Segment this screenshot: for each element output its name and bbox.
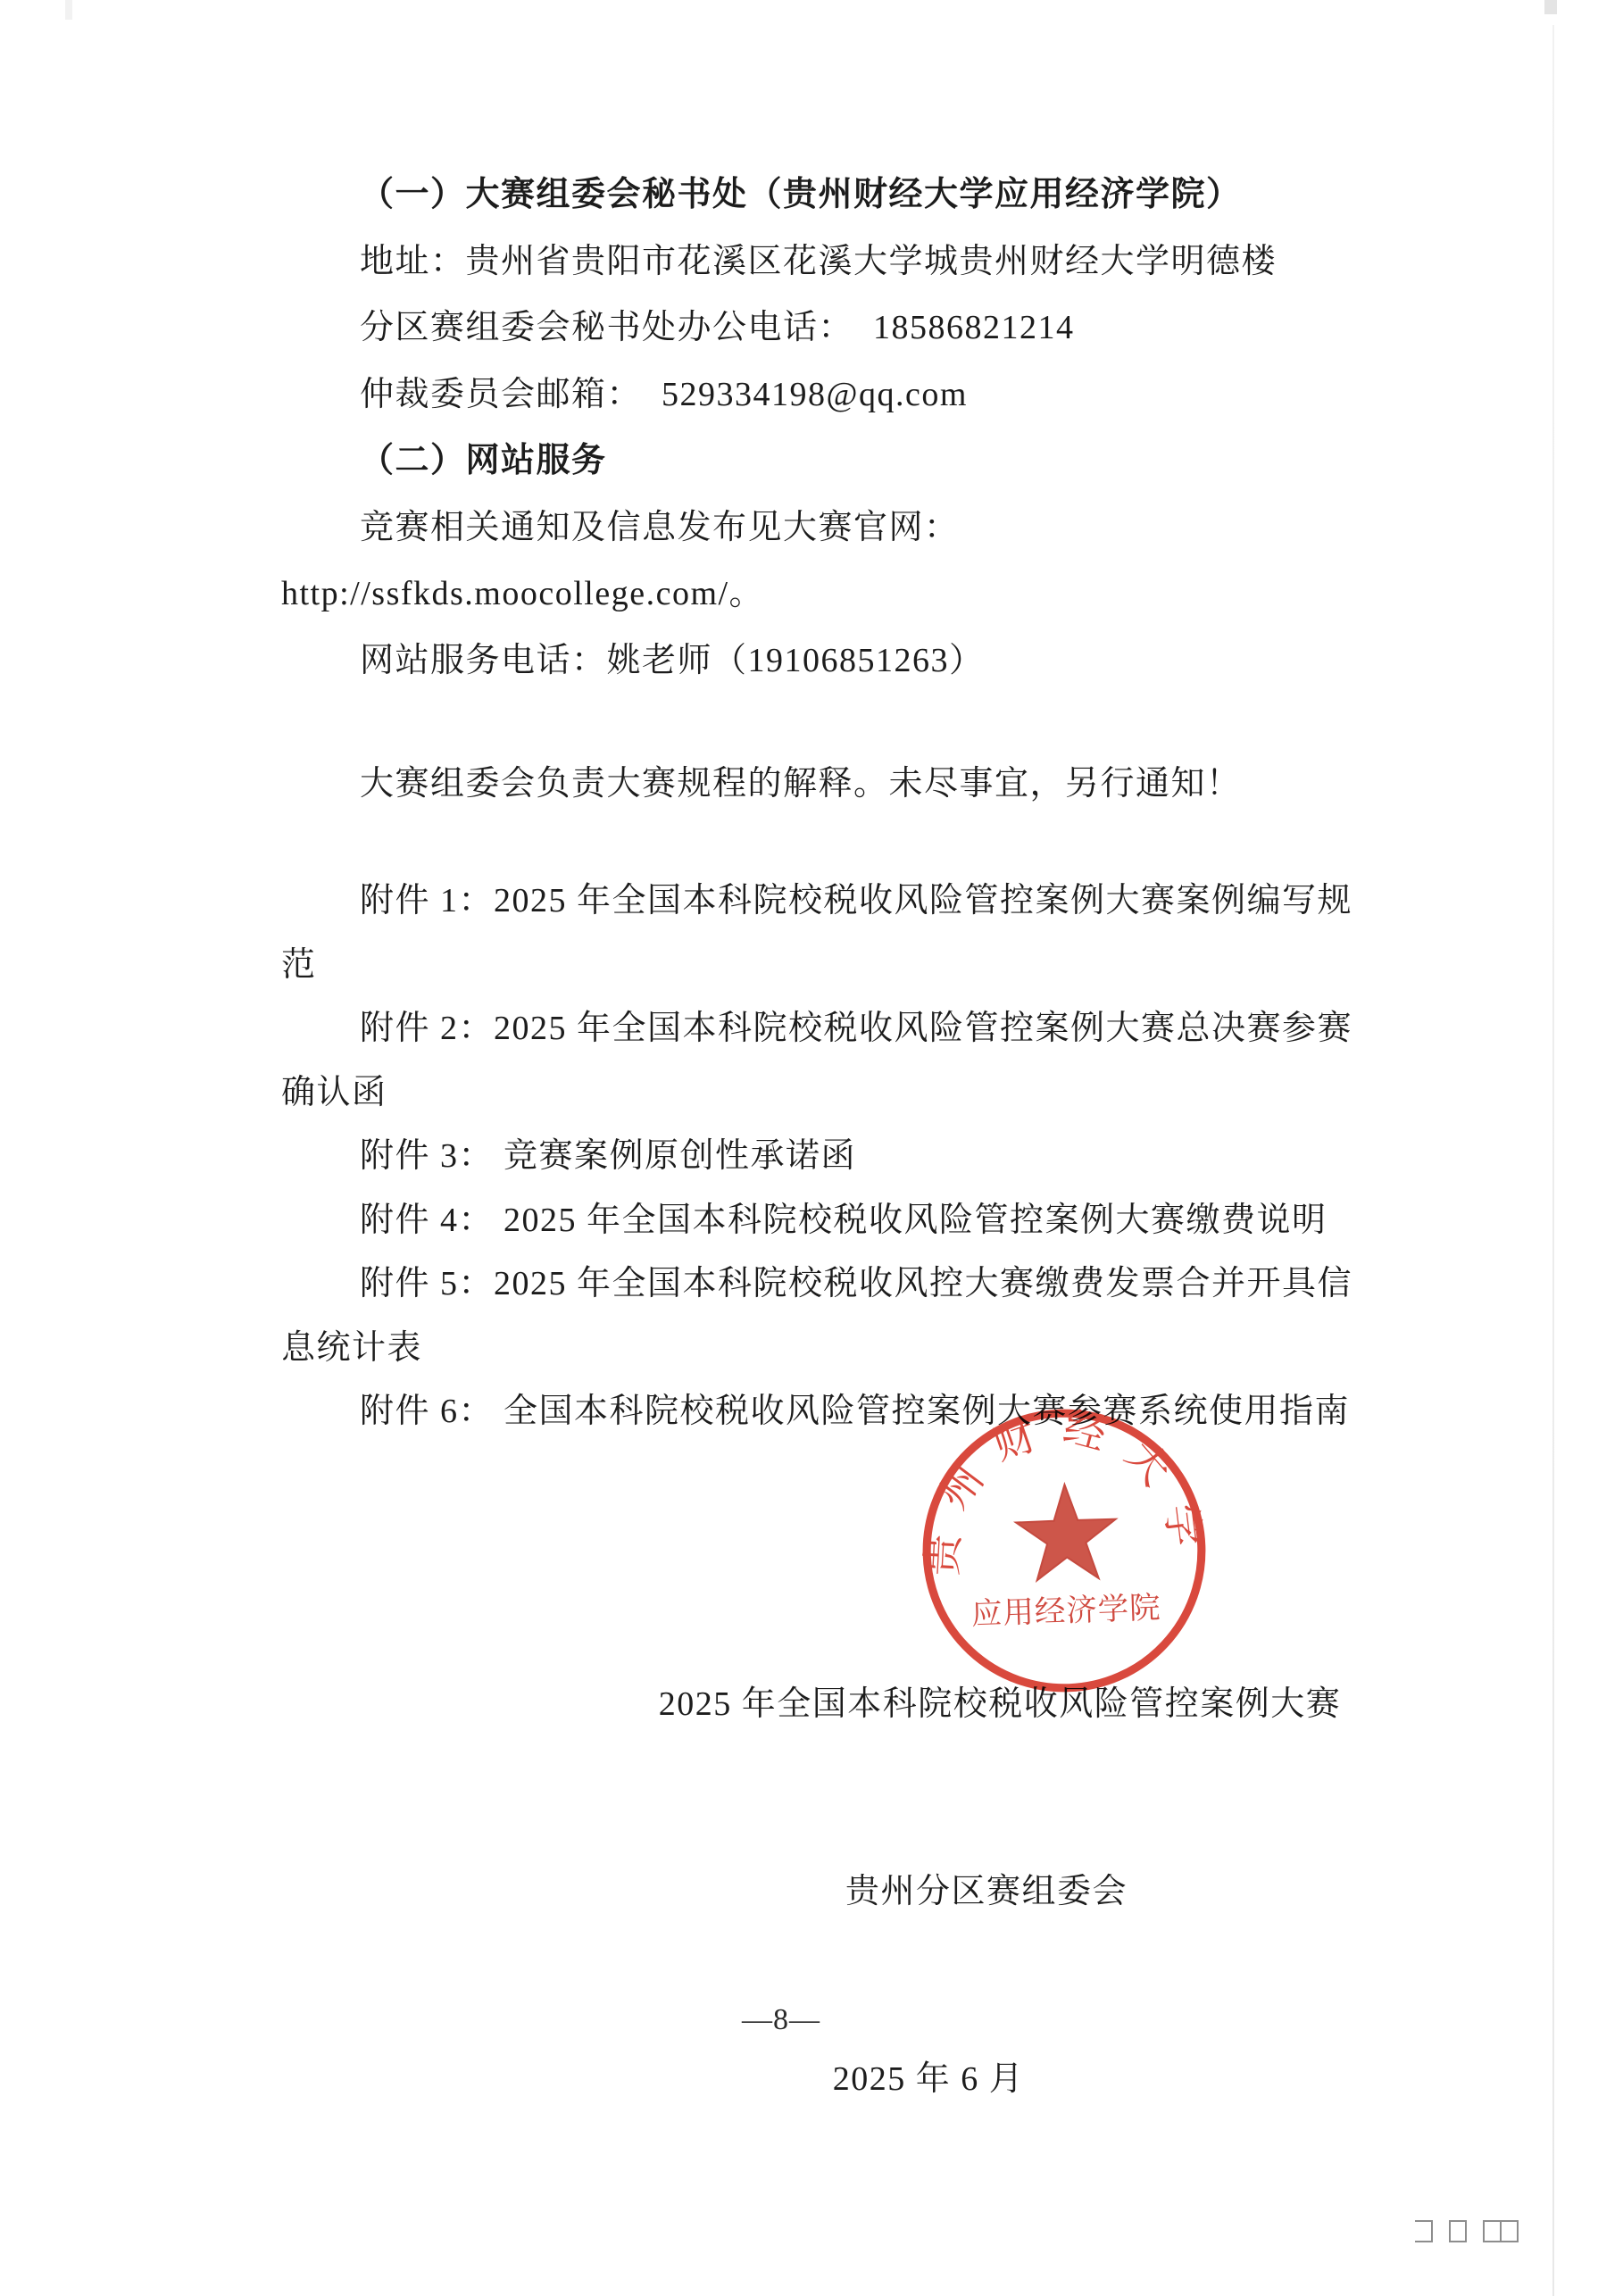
scan-artifact-top-left	[65, 0, 72, 20]
doc-line: 附件 1：2025 年全国本科院校税收风险管控案例大赛案例编写规	[281, 869, 1406, 934]
doc-line: 附件 2：2025 年全国本科院校税收风险管控案例大赛总决赛参赛	[281, 997, 1406, 1061]
doc-line: 分区赛组委会秘书处办公电话： 18586821214	[281, 295, 1406, 362]
doc-line: 大赛组委会负责大赛规程的解释。未尽事宜，另行通知！	[281, 752, 1406, 816]
doc-line: 网站服务电话：姚老师（19106851263）	[281, 628, 1406, 695]
doc-line: 范	[281, 934, 1406, 998]
doc-line: （二）网站服务	[281, 428, 1406, 495]
scan-artifact-top-right	[1544, 0, 1557, 14]
viewer-footer-icons	[1415, 2220, 1519, 2242]
doc-line: 确认函	[281, 1061, 1406, 1126]
signature-organizer-line: 2025 年全国本科院校税收风险管控案例大赛	[571, 1673, 1428, 1735]
page-number: —8—	[692, 2003, 870, 2037]
two-page-spread-icon[interactable]	[1483, 2220, 1519, 2242]
doc-line: 仲裁委员会邮箱： 529334198@qq.com	[281, 362, 1406, 428]
doc-line: http://ssfkds.moocollege.com/。	[281, 561, 1406, 628]
doc-line: 息统计表	[281, 1317, 1406, 1381]
doc-line: 附件 3： 竞赛案例原创性承诺函	[281, 1125, 1406, 1189]
single-page-icon[interactable]	[1449, 2220, 1467, 2242]
note-section: 大赛组委会负责大赛规程的解释。未尽事宜，另行通知！	[281, 752, 1406, 816]
bracket-page-icon[interactable]	[1415, 2220, 1433, 2242]
document-page: （一）大赛组委会秘书处（贵州财经大学应用经济学院）地址：贵州省贵阳市花溪区花溪大…	[0, 0, 1623, 2296]
signature-date-line: 2025 年 6 月	[500, 2048, 1357, 2110]
doc-line: （一）大赛组委会秘书处（贵州财经大学应用经济学院）	[281, 162, 1406, 229]
doc-line: 竞赛相关通知及信息发布见大赛官网：	[281, 495, 1406, 562]
contact-section: （一）大赛组委会秘书处（贵州财经大学应用经济学院）地址：贵州省贵阳市花溪区花溪大…	[281, 162, 1406, 694]
doc-line: 附件 5：2025 年全国本科院校税收风控大赛缴费发票合并开具信	[281, 1252, 1406, 1317]
doc-line: 附件 6： 全国本科院校税收风险管控案例大赛参赛系统使用指南	[281, 1380, 1406, 1444]
doc-line: 附件 4： 2025 年全国本科院校税收风险管控案例大赛缴费说明	[281, 1189, 1406, 1253]
signature-committee-line: 贵州分区赛组委会	[558, 1860, 1415, 1923]
signature-block: 2025 年全国本科院校税收风险管控案例大赛 贵州分区赛组委会 2025 年 6…	[571, 1548, 1428, 2235]
attachments-section: 附件 1：2025 年全国本科院校税收风险管控案例大赛案例编写规范附件 2：20…	[281, 869, 1406, 1444]
doc-line: 地址：贵州省贵阳市花溪区花溪大学城贵州财经大学明德楼	[281, 229, 1406, 295]
page-edge-line	[1552, 25, 1554, 2296]
